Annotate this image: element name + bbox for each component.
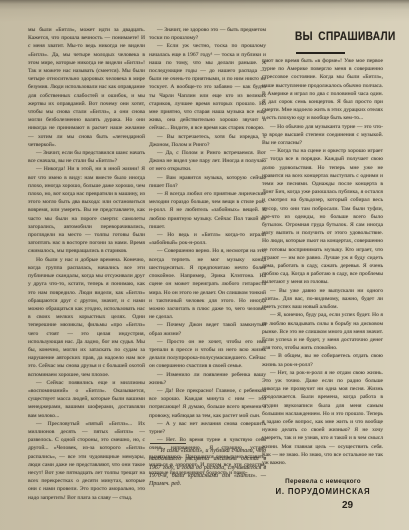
text-column-middle: — Значит, не здорово это — быть предмето… [149,26,266,477]
page-number: 29 [342,500,353,511]
header-rule [296,52,345,54]
section-header: ВЫ СПРАШИВАЛИ [295,31,396,43]
translator-credit: Перевела с немецкого И. ПОРУДОМИНСКАЯ [266,478,380,497]
paragraph: Но были у нас и добрые времена. Конечно,… [28,256,145,379]
paragraph: — Пресловутый «пятый «Битлз»... Их милли… [28,420,145,502]
magazine-page: мы были «Битлз», может идти за двадцать.… [0,0,409,530]
paragraph: — Значит, не здорово это — быть предмето… [149,26,266,42]
translator-credit-name: И. ПОРУДОМИНСКАЯ [266,487,380,497]
paragraph: — Сейчас появились еще и миллионы «воспо… [28,379,145,420]
paragraph: — Вам нравится музыка, которую сейчас пи… [149,174,266,190]
paragraph: — Значит, если бы представился шанс нача… [28,149,145,165]
paragraph: — Но обычно для музыканта турне — это чт… [262,123,383,148]
paragraph: — Изменило ли появление ребенка вашу жиз… [149,371,266,387]
paragraph: — Никогда! Ни в этой, ни в иной жизни! Я… [28,165,145,255]
paragraph: — В общем, вы не собираетесь отдать свою… [262,352,383,368]
paragraph: — Но ведь и «Битлз» когда-то играли «заб… [149,231,266,247]
paragraph: — А у вас нет желания снова совершить ту… [149,420,266,436]
paragraph: — Я, конечно, буду рад, если успех будет… [262,311,383,352]
paragraph: — Да! Все прекрасно! Главное, с ребенком… [149,387,266,420]
translator-credit-label: Перевела с немецкого [266,478,380,487]
paragraph: — Просто он не хочет, чтобы его имя треп… [149,338,266,371]
paragraph: — Если уж честно, тоска по прошлому нача… [149,42,266,132]
text-column-right: гают все время быть «в форме»! Уже мое п… [262,57,383,467]
paragraph: мы были «Битлз», может идти за двадцать.… [28,26,145,149]
footnote: ¹ И сами «Битлз», и публика считали, что… [149,447,266,488]
paragraph: — Вы встречаетесь, хотя бы изредка, с Дж… [149,133,266,149]
paragraph: — Когда ты на сцене и оркестр хорошо игр… [262,147,383,286]
paragraph: — Почему Джон ведет такой замкнутый обра… [149,321,266,337]
paragraph: — Да, с Полом и Ринго встречаемся. Вот Д… [149,149,266,174]
paragraph: — Вы уже давно не выпускали ни одного «х… [262,287,383,312]
text-column-left: мы были «Битлз», может идти за двадцать.… [28,26,145,502]
paragraph: — Совершенно верно. Но я, несмотря на эт… [149,247,266,321]
paragraph: гают все время быть «в форме»! Уже мое п… [262,57,383,123]
paragraph: — Я всегда любил его приятные лирические… [149,190,266,231]
paragraph: — Нет, за рок-н-ролл я не отдам свою жиз… [262,369,383,467]
paragraph: ¹ И сами «Битлз», и публика считали, что… [149,447,266,488]
footnote-separator [150,443,186,444]
